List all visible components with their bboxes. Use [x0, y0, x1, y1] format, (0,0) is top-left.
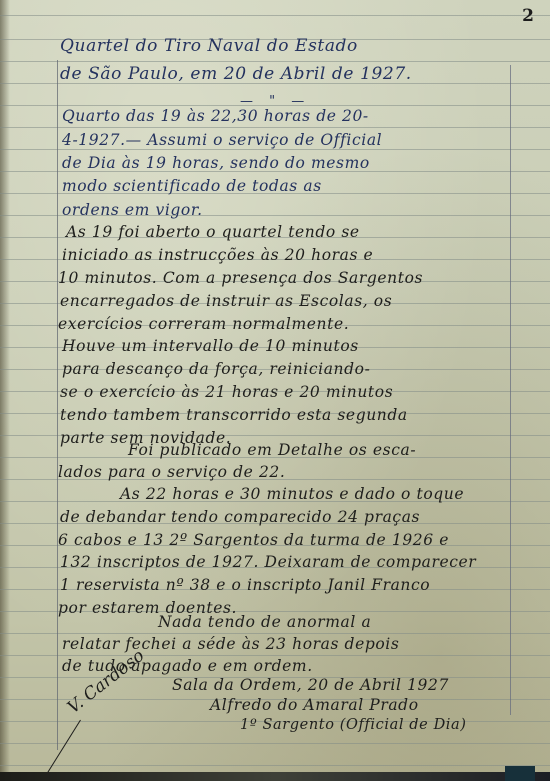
paragraph-5-line-2: relatar fechei a séde às 23 horas depois	[62, 634, 399, 654]
paragraph-3-line-2: lados para o serviço de 22.	[58, 462, 285, 482]
paragraph-2-line-9: tendo tambem transcorrido esta segunda	[60, 405, 408, 425]
paragraph-5-line-1: Nada tendo de anormal a	[158, 612, 371, 632]
left-margin-rule	[57, 60, 58, 750]
paragraph-2-line-4: encarregados de instruir as Escolas, os	[60, 291, 392, 311]
paragraph-1-line-2: 4-1927.— Assumi o serviço de Official	[62, 130, 382, 150]
signatory-name: Alfredo do Amaral Prado	[210, 695, 419, 715]
paragraph-2-line-5: exercícios correram normalmente.	[58, 314, 349, 334]
paragraph-4-line-4: 132 inscriptos de 1927. Deixaram de comp…	[60, 552, 476, 572]
paragraph-1-line-3: de Dia às 19 horas, sendo do mesmo	[62, 153, 370, 173]
right-margin-rule	[510, 65, 511, 715]
paragraph-4-line-1: As 22 horas e 30 minutos e dado o toque	[120, 484, 464, 504]
paragraph-2-line-6: Houve um intervallo de 10 minutos	[62, 336, 359, 356]
paragraph-1-line-4: modo scientificado de todas as	[62, 176, 322, 196]
paragraph-3-line-1: Foi publicado em Detalhe os esca-	[128, 440, 416, 460]
background-below-page	[0, 772, 550, 781]
paragraph-1-line-5: ordens em vigor.	[62, 200, 203, 220]
page-number: 2	[522, 6, 534, 26]
closing-place-date: Sala da Ordem, 20 de Abril 1927	[172, 675, 449, 695]
bookmark-tab	[505, 766, 535, 781]
signatory-title: 1º Sargento (Official de Dia)	[240, 715, 467, 735]
paragraph-4-line-5: 1 reservista nº 38 e o inscripto Janil F…	[60, 575, 430, 595]
paragraph-4-line-3: 6 cabos e 13 2º Sargentos da turma de 19…	[58, 530, 449, 550]
manuscript-page: 2 Quartel do Tiro Naval do Estado de São…	[0, 0, 550, 772]
paragraph-2-line-1: As 19 foi aberto o quartel tendo se	[66, 222, 360, 242]
heading-line-2: de São Paulo, em 20 de Abril de 1927.	[60, 64, 412, 84]
heading-line-1: Quartel do Tiro Naval do Estado	[60, 36, 358, 56]
paragraph-2-line-7: para descanço da força, reiniciando-	[62, 359, 370, 379]
paragraph-2-line-3: 10 minutos. Com a presença dos Sargentos	[58, 268, 423, 288]
paragraph-1-line-1: Quarto das 19 às 22,30 horas de 20-	[62, 106, 369, 126]
paragraph-4-line-2: de debandar tendo comparecido 24 praças	[60, 507, 420, 527]
paragraph-2-line-2: iniciado as instrucções às 20 horas e	[62, 245, 373, 265]
paragraph-2-line-8: se o exercício às 21 horas e 20 minutos	[60, 382, 393, 402]
